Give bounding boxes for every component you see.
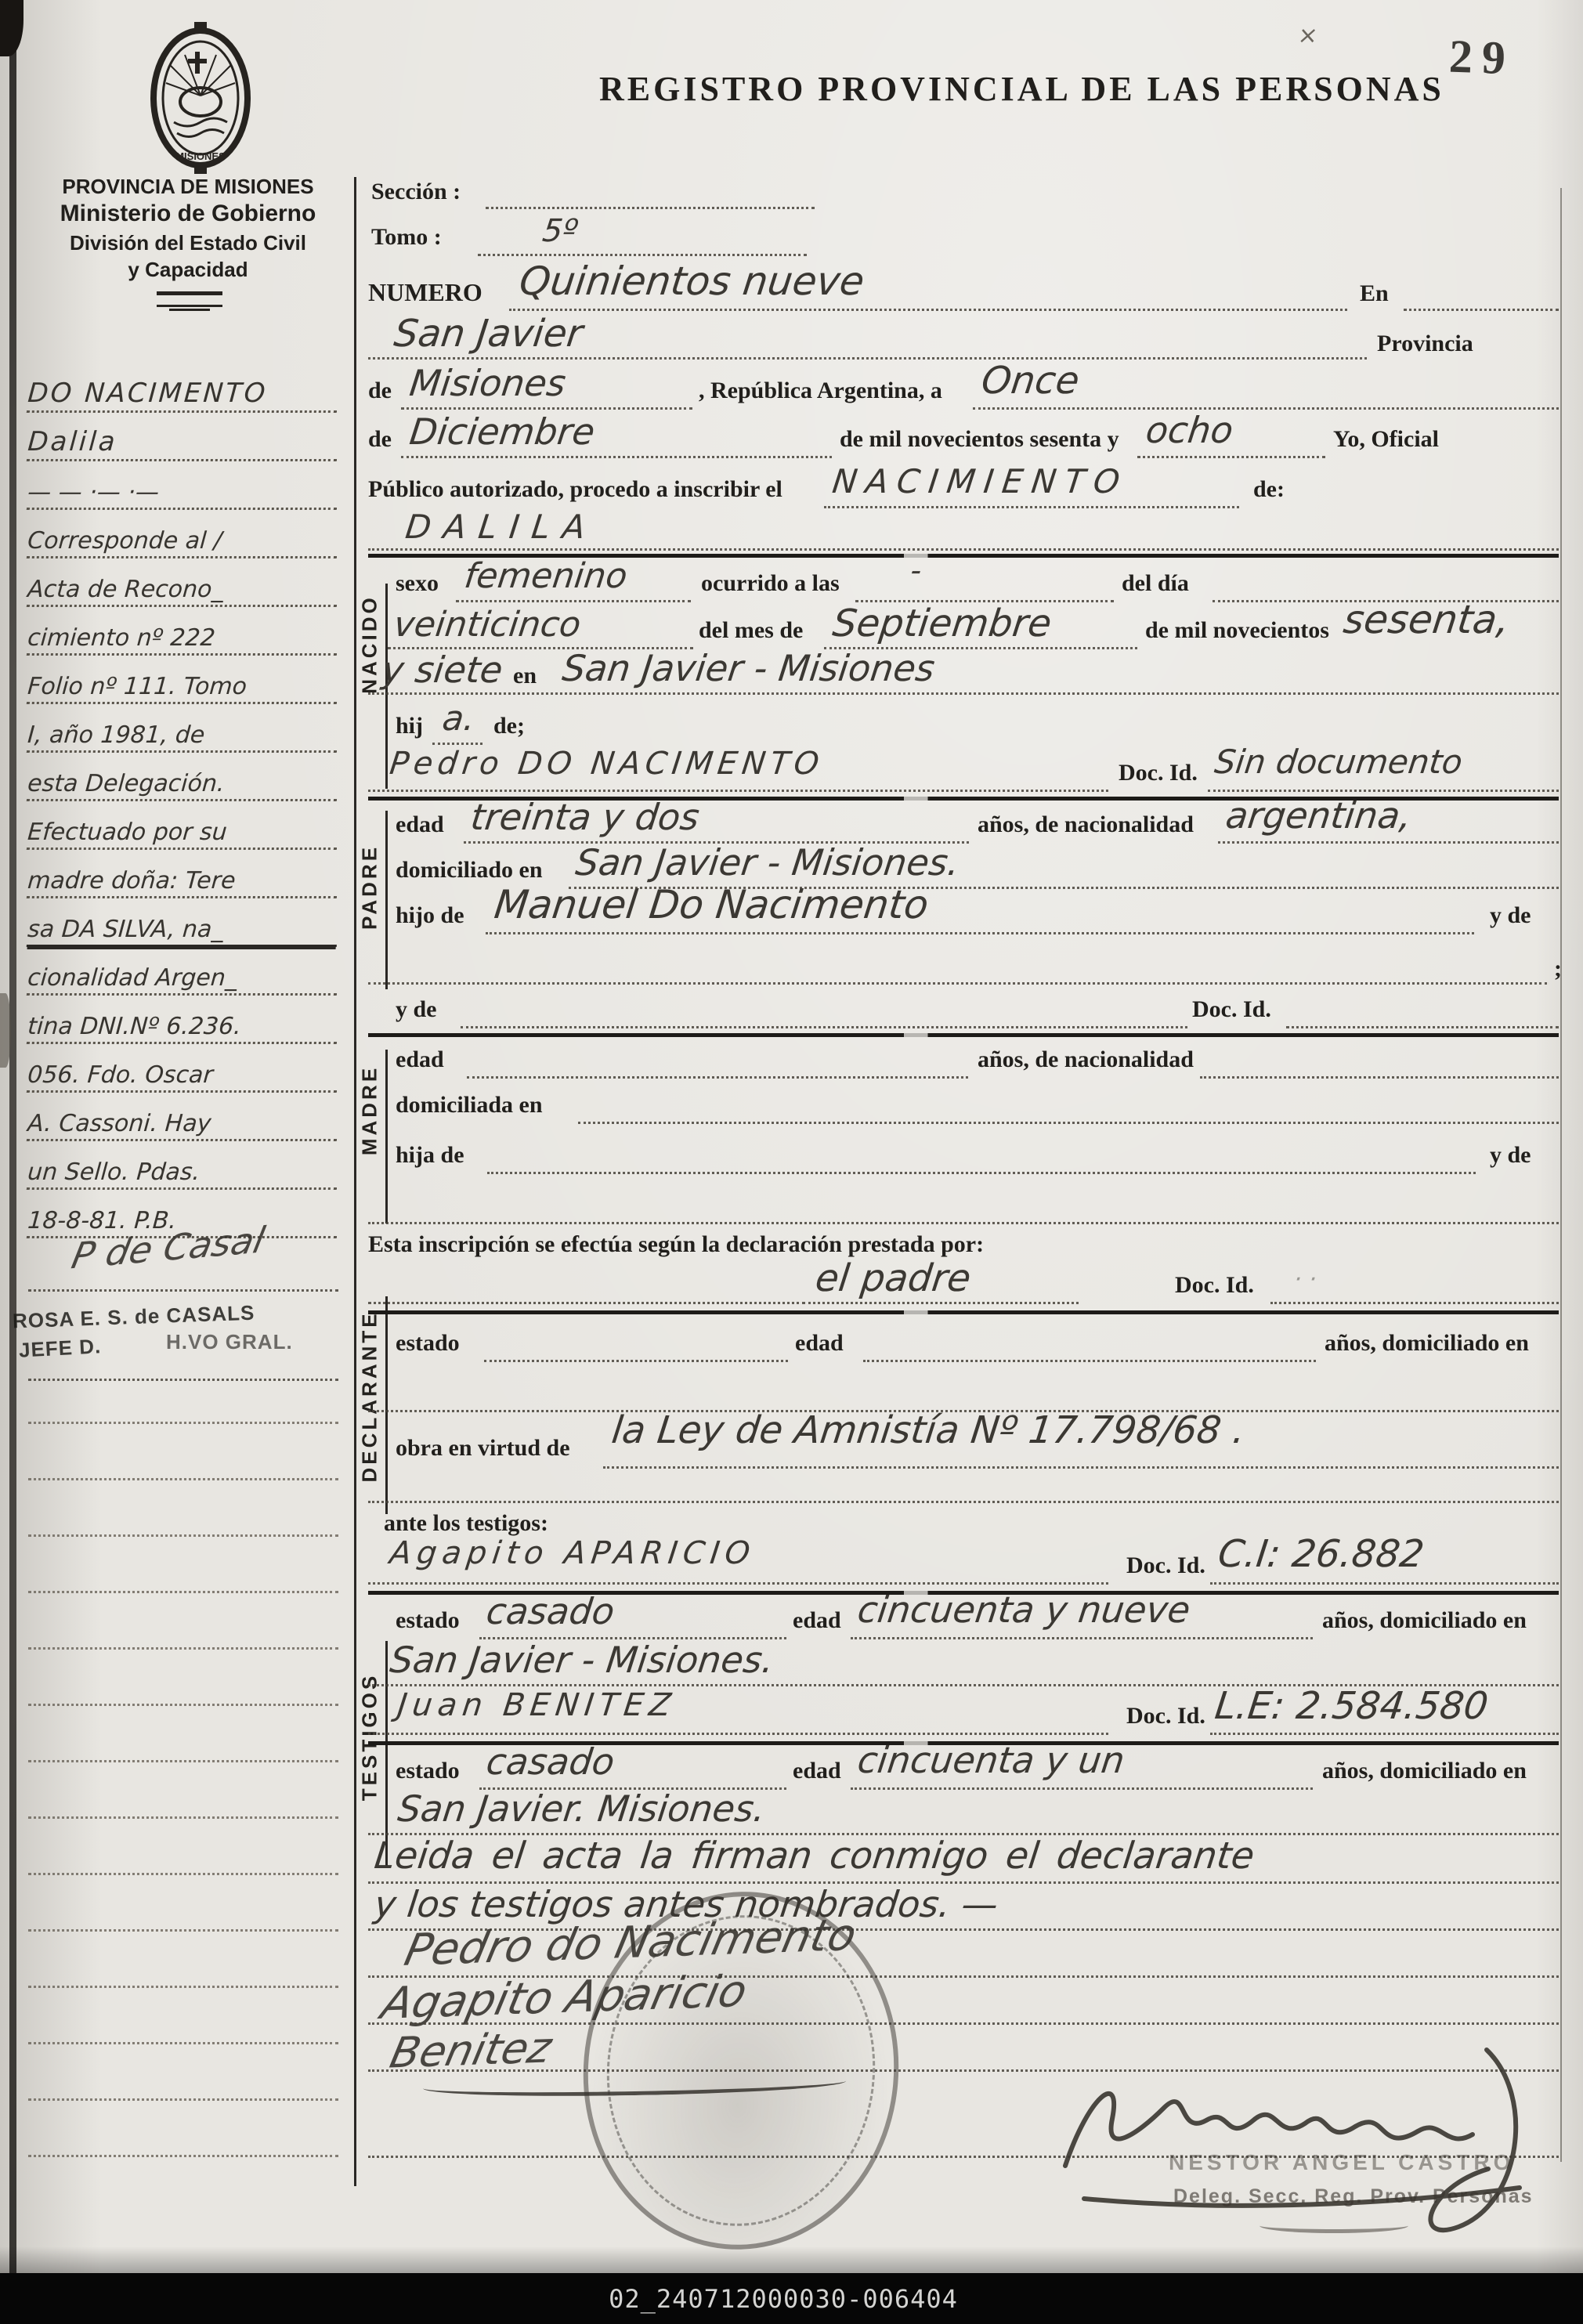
- closing-line1: Leida el acta la firman conmigo el decla…: [372, 1834, 1256, 1878]
- section-label-madre: MADRE: [358, 1032, 382, 1189]
- edge-smudge: [0, 993, 11, 1068]
- margin-note: A. Cassoni. Hay: [27, 1090, 341, 1141]
- margin-ruled-line: [28, 1704, 338, 1706]
- seal-ribbon-text: MISIONES: [175, 150, 226, 162]
- margin-note: sa DA SILVA, na_: [27, 896, 341, 947]
- dotted-rule: [1137, 456, 1325, 458]
- obra-value: la Ley de Amnistía Nº 17.798/68 .: [609, 1408, 1248, 1452]
- del-dia-label: del día: [1122, 570, 1189, 596]
- de-mil-nacido-label: de mil novecientos: [1145, 617, 1329, 643]
- margin-ruled-line: [28, 1534, 338, 1537]
- madre-doc-id-label: Doc. Id.: [1192, 996, 1271, 1022]
- margin-note: Efectuado por su: [27, 799, 341, 850]
- hij-label: hij: [396, 713, 423, 739]
- sexo-value: femenino: [462, 556, 630, 596]
- witness1-estado-label: estado: [396, 1607, 460, 1633]
- margin-note: DO NACIMENTO: [27, 362, 341, 413]
- dotted-rule: [401, 407, 692, 410]
- scan-footer-band-black: 02_240712000030-006404: [0, 2273, 1583, 2324]
- margin-ruled-line: [28, 2098, 338, 2101]
- margin-ruled-line: [28, 1986, 338, 1988]
- padre-abuelo-value: Manuel Do Nacimento: [492, 882, 931, 927]
- dotted-rule: [456, 600, 691, 602]
- dotted-rule: [486, 932, 1474, 934]
- dotted-rule: [368, 1302, 805, 1304]
- margin-ruled-line: [28, 1929, 338, 1932]
- dotted-rule: [368, 1501, 1559, 1503]
- padre-semicolon: ;: [1554, 956, 1562, 981]
- sidebar-ministry: Ministerio de Gobierno: [23, 201, 352, 226]
- padre-doc-id-label: Doc. Id.: [1119, 760, 1198, 786]
- dotted-rule: [1270, 1302, 1559, 1304]
- padre-nacionalidad-value: argentina,: [1223, 794, 1414, 837]
- pencil-corner-mark: ×: [1296, 22, 1319, 49]
- heavy-rule: [368, 1310, 1559, 1314]
- binding-edge: [9, 0, 16, 2279]
- sidebar-division-line2: y Capacidad: [23, 258, 352, 281]
- section-bracket: [385, 1296, 388, 1514]
- registered-name: DALILA: [403, 508, 600, 546]
- misiones-coat-of-arms-icon: MISIONES: [139, 20, 262, 175]
- witness2-estado-value: casado: [484, 1740, 617, 1783]
- margin-note: Dalila: [27, 410, 341, 461]
- dotted-rule: [467, 1076, 968, 1079]
- padre-hijo-de-label: hijo de: [396, 902, 464, 928]
- tomo-value: 5º: [540, 213, 580, 249]
- en-label: En: [1360, 280, 1389, 306]
- del-mes-label: del mes de: [699, 617, 803, 643]
- declarante-who-value: el padre: [813, 1256, 974, 1300]
- margin-ruled-line: [28, 1478, 338, 1480]
- dotted-rule: [368, 1733, 1108, 1735]
- witness1-estado-value: casado: [484, 1590, 617, 1632]
- page-title: REGISTRO PROVINCIAL DE LAS PERSONAS: [599, 70, 1444, 108]
- round-registry-stamp-inner: [594, 1904, 887, 2237]
- padre-domicilio-value: San Javier - Misiones.: [573, 841, 962, 884]
- padre-doc-id-value: Sin documento: [1213, 743, 1465, 781]
- dotted-rule: [824, 506, 1239, 508]
- margin-note: Corresponde al /: [27, 508, 341, 558]
- margin-ruled-line: [28, 1422, 338, 1424]
- section-label-padre: PADRE: [358, 809, 382, 966]
- tomo-label: Tomo :: [371, 224, 442, 250]
- lugar-value: San Javier - Misiones: [560, 647, 937, 689]
- margin-note: I, año 1981, de: [27, 702, 341, 753]
- section-label-testigos: TESTIGOS: [358, 1659, 382, 1816]
- dotted-rule: [368, 790, 1108, 792]
- padre-nacionalidad-label: años, de nacionalidad: [978, 811, 1194, 837]
- margin-note: Folio nº 111. Tomo: [27, 653, 341, 704]
- madre-y-de-label: y de: [396, 996, 437, 1022]
- dotted-rule: [1286, 1026, 1559, 1028]
- madre-nacionalidad-label: años, de nacionalidad: [978, 1046, 1194, 1072]
- witness2-name: Juan BENITEZ: [396, 1687, 678, 1723]
- margin-ruled-line: [28, 1591, 338, 1593]
- dotted-rule: [487, 1172, 1476, 1174]
- day-value: Once: [979, 359, 1082, 403]
- witness2-doc-id-label: Doc. Id.: [1126, 1703, 1205, 1729]
- dotted-rule: [851, 1787, 1313, 1790]
- de-mil-label: de mil novecientos sesenta y: [840, 426, 1119, 452]
- madre-hija-de-label: hija de: [396, 1142, 464, 1168]
- year-value: ocho: [1144, 409, 1235, 451]
- padre-edad-label: edad: [396, 811, 444, 837]
- corner-mark-top-left: [0, 0, 23, 56]
- page-number: 29: [1448, 31, 1516, 85]
- dotted-rule: [509, 309, 1347, 311]
- sidebar-division-line1: División del Estado Civil: [23, 232, 352, 255]
- en-label-nacido: en: [513, 663, 537, 689]
- hora-value: -: [909, 553, 923, 587]
- official-stamp-name: NESTOR ANGEL CASTRO: [1169, 2150, 1514, 2175]
- margin-ruled-line: [28, 1760, 338, 1762]
- heavy-rule: [368, 1033, 1559, 1037]
- declarante-estado-label: estado: [396, 1330, 460, 1356]
- dotted-rule: [368, 548, 1559, 551]
- anio-value-1: sesenta,: [1341, 597, 1513, 642]
- hij-fill-value: a.: [440, 699, 477, 739]
- margin-note-separator: — — ·— ·—: [27, 459, 341, 510]
- dotted-rule: [1208, 790, 1559, 792]
- dotted-rule: [401, 456, 832, 458]
- province-value: Misiones: [407, 362, 568, 404]
- witness2-edad-label: edad: [793, 1758, 841, 1784]
- dotted-rule: [863, 1360, 1316, 1362]
- dotted-rule: [368, 1582, 1108, 1585]
- anio-value-2: y siete: [380, 649, 505, 691]
- city-value: San Javier: [392, 312, 585, 356]
- dotted-rule: [1218, 841, 1559, 844]
- declarante-doc-id-label: Doc. Id.: [1175, 1272, 1254, 1298]
- dotted-rule: [851, 1637, 1313, 1639]
- witness2-edad-value: cincuenta y un: [855, 1739, 1127, 1781]
- margin-stamp-title: JEFE D.: [18, 1334, 102, 1362]
- padre-name-value: Pedro DO NACIMENTO: [388, 746, 826, 782]
- provincia-label: Provincia: [1377, 331, 1473, 356]
- dotted-rule: [461, 1026, 1187, 1028]
- declarante-edad-label: edad: [795, 1330, 844, 1356]
- padre-domicilio-label: domiciliado en: [396, 857, 543, 883]
- dotted-rule: [603, 1466, 1559, 1469]
- dotted-rule: [368, 692, 1559, 695]
- event-value: NACIMIENTO: [830, 462, 1130, 501]
- witness1-edad-value: cincuenta y nueve: [855, 1588, 1193, 1631]
- witness1-doc-id-label: Doc. Id.: [1126, 1552, 1205, 1578]
- ante-testigos-label: ante los testigos:: [384, 1510, 548, 1536]
- margin-note: cionalidad Argen_: [27, 945, 341, 996]
- dotted-rule: [484, 1360, 788, 1362]
- witness1-domicilio-label: años, domiciliado en: [1322, 1607, 1527, 1633]
- dotted-rule: [578, 1122, 1559, 1124]
- de-label: de: [368, 378, 392, 403]
- margin-ruled-line: [28, 1816, 338, 1819]
- publico-label: Público autorizado, procedo a inscribir …: [368, 476, 782, 502]
- dotted-rule: [478, 254, 807, 256]
- dia-value: veinticinco: [392, 605, 583, 645]
- margin-stamp-title2: H.VO GRAL.: [166, 1330, 293, 1354]
- official-stamp-title: Deleg. Secc. Reg. Prov. Personas: [1173, 2185, 1534, 2208]
- madre-domicilio-label: domiciliada en: [396, 1092, 543, 1118]
- section-bracket: [385, 811, 388, 989]
- column-divider: [354, 177, 356, 2186]
- section-label-nacido: NACIDO: [358, 566, 382, 723]
- witness1-doc-id-value: C.I: 26.882: [1216, 1532, 1426, 1576]
- margin-note: esta Delegación.: [27, 750, 341, 801]
- seccion-label: Sección :: [371, 179, 461, 204]
- witness1-name: Agapito APARICIO: [388, 1535, 757, 1571]
- padre-edad-value: treinta y dos: [468, 796, 702, 838]
- right-edge-line: [1560, 188, 1562, 2162]
- dotted-rule: [432, 743, 482, 745]
- margin-ruled-line: [28, 2155, 338, 2157]
- republica-label: , República Argentina, a: [699, 378, 942, 403]
- scan-reference-code: 02_240712000030-006404: [548, 2284, 1018, 2314]
- yo-oficial-label: Yo, Oficial: [1333, 426, 1439, 452]
- section-label-declarante: DECLARANTE: [358, 1326, 382, 1483]
- section-bracket: [385, 1050, 388, 1223]
- sidebar-province: PROVINCIA DE MISIONES: [23, 175, 352, 198]
- scanned-birth-certificate: REGISTRO PROVINCIAL DE LAS PERSONAS 29 ×…: [0, 0, 1583, 2324]
- numero-label: NUMERO: [368, 279, 482, 306]
- declarante-domicilio-label: años, domiciliado en: [1325, 1330, 1529, 1356]
- declarante-doc-id-value: · ·: [1292, 1266, 1318, 1293]
- ocurrido-label: ocurrido a las: [701, 570, 840, 596]
- margin-note: tina DNI.Nº 6.236.: [27, 993, 341, 1044]
- margin-ruled-line: [28, 2042, 338, 2044]
- official-stamp-flourish: [1260, 2218, 1408, 2233]
- margin-note: madre doña: Tere: [27, 848, 341, 898]
- margin-note: Acta de Recono_: [27, 556, 341, 607]
- witness1-domicilio-value: San Javier - Misiones.: [388, 1639, 776, 1681]
- margin-ruled-line: [28, 1647, 338, 1650]
- obra-label: obra en virtud de: [396, 1435, 570, 1461]
- margin-note: un Sello. Pdas.: [27, 1139, 341, 1190]
- witness2-estado-label: estado: [396, 1758, 460, 1784]
- madre-edad-label: edad: [396, 1046, 444, 1072]
- de-colon-label: de:: [1253, 476, 1285, 502]
- dotted-rule: [368, 1222, 1559, 1224]
- dotted-rule: [1210, 1733, 1559, 1735]
- de-label: de: [368, 426, 392, 452]
- witness2-domicilio-label: años, domiciliado en: [1322, 1758, 1527, 1784]
- witness2-doc-id-value: L.E: 2.584.580: [1213, 1684, 1491, 1728]
- mes-value: Septiembre: [830, 602, 1054, 645]
- dotted-rule: [368, 357, 1367, 360]
- sidebar-double-rule: [157, 291, 222, 307]
- madre-y-de2-label: y de: [1490, 1142, 1531, 1168]
- witness2-domicilio-value: San Javier. Misiones.: [396, 1787, 768, 1830]
- dotted-rule: [1200, 1076, 1559, 1079]
- numero-value: Quinientos nueve: [517, 258, 867, 304]
- dotted-rule: [973, 407, 1559, 410]
- margin-stamp-name: ROSA E. S. de CASALS: [13, 1301, 255, 1334]
- dotted-rule: [1404, 309, 1559, 311]
- sidebar-double-rule-tick: [169, 309, 210, 311]
- dotted-rule: [1210, 1582, 1559, 1585]
- de-semicolon-label: de;: [493, 713, 525, 739]
- margin-note: cimiento nº 222: [27, 605, 341, 656]
- dotted-rule: [808, 1302, 1079, 1304]
- sexo-label: sexo: [396, 570, 439, 596]
- declaracion-intro-label: Esta inscripción se efectúa según la dec…: [368, 1231, 984, 1257]
- margin-ruled-line: [28, 1873, 338, 1875]
- padre-y-de-label: y de: [1490, 902, 1531, 928]
- dotted-rule: [486, 207, 815, 209]
- witness1-edad-label: edad: [793, 1607, 841, 1633]
- margin-note: 056. Fdo. Oscar: [27, 1042, 341, 1093]
- month-value: Diciembre: [407, 410, 597, 453]
- dotted-rule: [368, 982, 1547, 985]
